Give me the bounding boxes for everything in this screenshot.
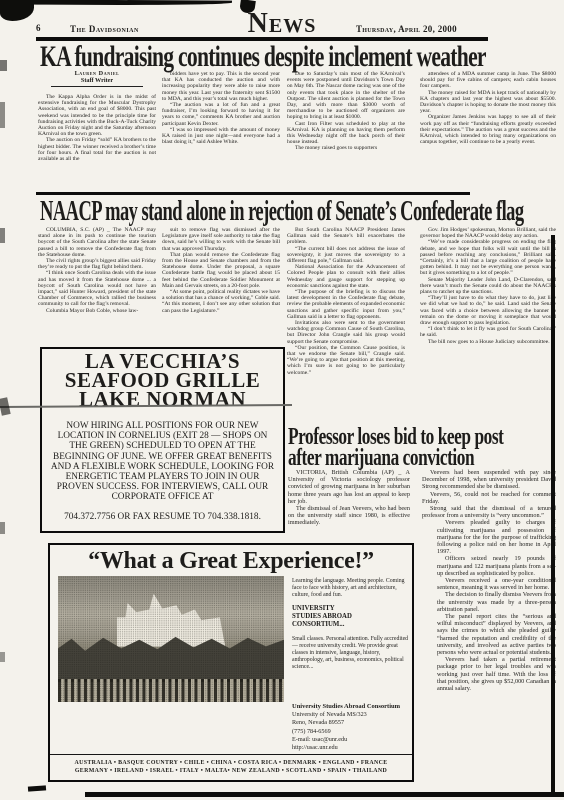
paragraph: The auction on Friday “sold” KA brothers… [38, 137, 156, 162]
paragraph: “The auction was a lot of fun and a grea… [162, 102, 280, 127]
paragraph: Invitations also were sent to the govern… [287, 320, 405, 345]
paragraph: That plan would remove the Confederate f… [162, 252, 280, 289]
paragraph: Veevers had taken a partial retirement p… [437, 656, 556, 692]
paragraph: attendees of a MDA summer camp in June. … [420, 71, 556, 90]
section-title: News [202, 8, 362, 40]
paragraph: “The purpose of the briefing is to discu… [287, 289, 405, 320]
usac-countries-line-1: AUSTRALIA • BASQUE COUNTRY • CHILE • CHI… [50, 759, 412, 767]
paragraph: The Kappa Alpha Order is in the midst of… [38, 94, 156, 137]
naacp-column-1: COLUMBIA, S.C. (AP) _ The NAACP may stan… [38, 227, 156, 344]
paragraph: Cast Iron Filter was scheduled to play a… [287, 121, 405, 146]
paragraph: VICTORIA, British Columbia (AP) _ A Univ… [288, 469, 410, 505]
naacp-column-2: suit to remove flag was dismissed after … [162, 227, 280, 344]
paragraph: University Studies Abroad Consortium [292, 703, 412, 711]
scan-artifact-top-strip [0, 0, 232, 6]
naacp-divider-rule [36, 192, 470, 195]
ka-column-1: The Kappa Alpha Order is in the midst of… [38, 94, 156, 191]
paragraph: The bill now goes to a House Judiciary s… [420, 339, 556, 345]
paragraph: National Association for the Advancement… [287, 264, 405, 289]
scan-artifact-left-mark-6 [0, 652, 5, 662]
scan-artifact-top-left-blob [0, 0, 34, 21]
scan-artifact-left-mark-5 [0, 522, 5, 534]
ka-headline: KA fundraising continues despite incleme… [40, 42, 486, 72]
paragraph: “They’ll just have to do what they have … [420, 295, 556, 326]
newspaper-page: 6 The Davidsonian News Thursday, April 2… [0, 0, 564, 800]
usac-photo [58, 576, 284, 702]
paragraph: “I think once South Carolina deals with … [38, 270, 156, 307]
byline-name: Lauren Daniel [38, 70, 156, 77]
byline-role: Staff Writer [38, 77, 156, 84]
paragraph: COLUMBIA, S.C. (AP) _ The NAACP may stan… [38, 227, 156, 258]
paragraph: http://usac.unr.edu [292, 744, 412, 752]
paragraph: Gov. Jim Hodges’ spokesman, Morton Brill… [420, 227, 556, 239]
ka-column-3: Due to Saturday’s rain most of the KArni… [287, 71, 405, 191]
scan-artifact-right-bar [551, 235, 555, 793]
paragraph: Veevers received a one-year conditional … [437, 577, 556, 591]
scan-artifact-left-mark-2 [0, 102, 5, 128]
usac-countries: AUSTRALIA • BASQUE COUNTRY • CHILE • CHI… [50, 754, 412, 780]
paragraph: Veevers had been suspended with pay sinc… [422, 469, 556, 491]
paragraph: “At some point, political reality dictat… [162, 289, 280, 314]
page-number: 6 [36, 23, 41, 33]
paragraph: But South Carolina NAACP President James… [287, 227, 405, 246]
lavecchia-phone: 704.372.7756 OR FAX RESUME TO 704.338.18… [50, 512, 275, 522]
professor-column-2-indented: Veevers pleaded guilty to charges of cul… [422, 519, 556, 692]
usac-headline: “What a Great Experience!” [50, 548, 412, 575]
paragraph: Columbia Mayor Bob Coble, whose law- [38, 308, 156, 314]
scan-artifact-bottom-mark [28, 785, 46, 791]
usac-body: Small classes. Personal attention. Fully… [292, 636, 410, 670]
paragraph: Officers seized nearly 19 pounds of mari… [437, 555, 556, 577]
paragraph: University of Nevada MS/323 [292, 711, 412, 719]
paragraph: Strong said that the dismissal of a tenu… [422, 505, 556, 519]
lavecchia-body: NOW HIRING ALL POSITIONS FOR OUR NEW LOC… [50, 421, 275, 503]
usac-countries-line-2: GERMANY • IRELAND • ISRAEL • ITALY • MAL… [50, 767, 412, 775]
paragraph: (775) 784-6569 [292, 728, 412, 736]
usac-org-name: UNIVERSITY STUDIES ABROAD CONSORTIUM... [292, 605, 410, 629]
ka-byline: Lauren Daniel Staff Writer [38, 70, 156, 87]
paragraph: Organizer James Jenkins was happy to see… [420, 114, 556, 145]
paragraph: The dismissal of Jean Veevers, who had b… [288, 505, 410, 527]
usac-intro: Learning the language. Meeting people. C… [292, 578, 410, 598]
ka-column-4: attendees of a MDA summer camp in June. … [420, 71, 556, 191]
professor-column-2-top: Veevers had been suspended with pay sinc… [422, 469, 556, 519]
usac-ad: “What a Great Experience!” Learning the … [48, 543, 414, 782]
naacp-column-4: Gov. Jim Hodges’ spokesman, Morton Brill… [420, 227, 556, 419]
scan-artifact-bottom-bar [85, 792, 564, 797]
paragraph: Veevers, 56, could not be reached for co… [422, 491, 556, 505]
byline-rule [51, 86, 143, 87]
paragraph: The decision to finally dismiss Veevers … [437, 591, 556, 613]
paragraph: E-mail: usac@unr.edu [292, 736, 412, 744]
paragraph: The panel report cites the “serious and … [437, 613, 556, 656]
people-row [58, 679, 284, 702]
paragraph: bidders have yet to pay. This is the sec… [162, 71, 280, 102]
lavecchia-ad: LA VECCHIA’S SEAFOOD GRILLE LAKE NORMAN … [40, 347, 285, 533]
paragraph: The money raised goes to supporters [287, 145, 405, 151]
paragraph: The money raised for MDA is kept track o… [420, 90, 556, 115]
paragraph: “The current bill does not address the i… [287, 246, 405, 265]
scan-artifact-left-mark-1 [0, 60, 7, 71]
professor-column-2: Veevers had been suspended with pay sinc… [422, 469, 556, 778]
usac-contact-block: University Studies Abroad ConsortiumUniv… [292, 703, 412, 752]
naacp-headline: NAACP may stand alone in rejection of Se… [40, 198, 524, 226]
paragraph: The civil rights group’s biggest allies … [38, 258, 156, 270]
paragraph: “I was so impressed with the amount of m… [162, 127, 280, 146]
scan-artifact-left-mark-4 [0, 397, 11, 415]
professor-headline-line-2: after marijuana conviction [288, 446, 474, 470]
publication-name: The Davidsonian [70, 24, 139, 34]
paragraph: “I don’t think to let it fly was good fo… [420, 326, 556, 338]
issue-date: Thursday, April 20, 2000 [356, 24, 457, 34]
paragraph: suit to remove flag was dismissed after … [162, 227, 280, 252]
paragraph: Reno, Nevada 89557 [292, 719, 412, 727]
ka-column-2: bidders have yet to pay. This is the sec… [162, 71, 280, 191]
trees-shape [58, 634, 284, 682]
paragraph: Veevers pleaded guilty to charges of cul… [437, 519, 556, 555]
scan-artifact-left-mark-3 [0, 228, 5, 243]
naacp-column-3: But South Carolina NAACP President James… [287, 227, 405, 423]
paragraph: Senate Majority Leader John Land, D-Clar… [420, 277, 556, 296]
paragraph: Due to Saturday’s rain most of the KArni… [287, 71, 405, 121]
castle-shape [117, 594, 225, 647]
paragraph: “We’ve made considerable progress on end… [420, 239, 556, 276]
usac-right-column: Learning the language. Meeting people. C… [292, 578, 410, 670]
professor-column-1: VICTORIA, British Columbia (AP) _ A Univ… [288, 469, 410, 535]
paragraph: “Our position, the Common Cause position… [287, 345, 405, 376]
